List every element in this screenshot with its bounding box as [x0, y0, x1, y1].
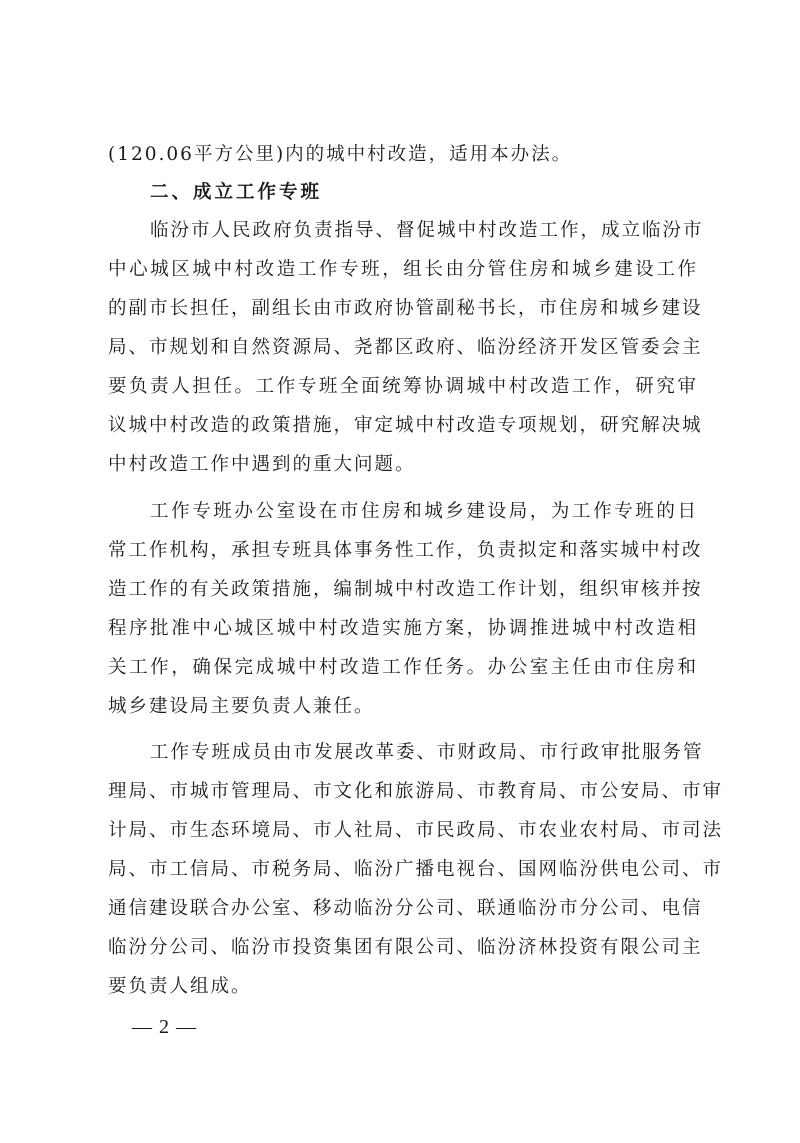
- intro-line: (120.06平方公里)内的城中村改造，适用本办法。: [108, 140, 698, 170]
- text-line: 城乡建设局主要负责人兼任。: [108, 692, 698, 722]
- text-line: 中心城区城中村改造工作专班，组长由分管住房和城乡建设工作: [108, 255, 698, 285]
- text-line: 局、市规划和自然资源局、尧都区政府、临汾经济开发区管委会主: [108, 333, 698, 363]
- text-line: 临汾市人民政府负责指导、督促城中村改造工作，成立临汾市: [150, 216, 698, 246]
- text-line: 要负责人组成。: [108, 972, 698, 1002]
- text-line: 常工作机构，承担专班具体事务性工作，负责拟定和落实城中村改: [108, 536, 698, 566]
- text-line: 议城中村改造的政策措施，审定城中村改造专项规划，研究解决城: [108, 411, 698, 441]
- text-line: 理局、市城市管理局、市文化和旅游局、市教育局、市公安局、市审: [108, 777, 698, 807]
- text-line: 程序批准中心城区城中村改造实施方案，协调推进城中村改造相: [108, 614, 698, 644]
- text-line: 造工作的有关政策措施，编制城中村改造工作计划，组织审核并按: [108, 575, 698, 605]
- document-page: (120.06平方公里)内的城中村改造，适用本办法。 二、成立工作专班 临汾市人…: [0, 0, 800, 1143]
- section-heading: 二、成立工作专班: [150, 178, 322, 208]
- page-number: — 2 —: [132, 1012, 197, 1042]
- text-line: 要负责人担任。工作专班全面统筹协调城中村改造工作，研究审: [108, 372, 698, 402]
- text-line: 通信建设联合办公室、移动临汾分公司、联通临汾市分公司、电信: [108, 894, 698, 924]
- text-line: 的副市长担任，副组长由市政府协管副秘书长，市住房和城乡建设: [108, 294, 698, 324]
- text-line: 关工作，确保完成城中村改造工作任务。办公室主任由市住房和: [108, 653, 698, 683]
- text-line: 局、市工信局、市税务局、临汾广播电视台、国网临汾供电公司、市: [108, 855, 698, 885]
- text-line: 工作专班成员由市发展改革委、市财政局、市行政审批服务管: [150, 738, 698, 768]
- text-line: 中村改造工作中遇到的重大问题。: [108, 450, 698, 480]
- text-line: 临汾分公司、临汾市投资集团有限公司、临汾济林投资有限公司主: [108, 933, 698, 963]
- text-line: 工作专班办公室设在市住房和城乡建设局，为工作专班的日: [150, 497, 698, 527]
- text-line: 计局、市生态环境局、市人社局、市民政局、市农业农村局、市司法: [108, 816, 698, 846]
